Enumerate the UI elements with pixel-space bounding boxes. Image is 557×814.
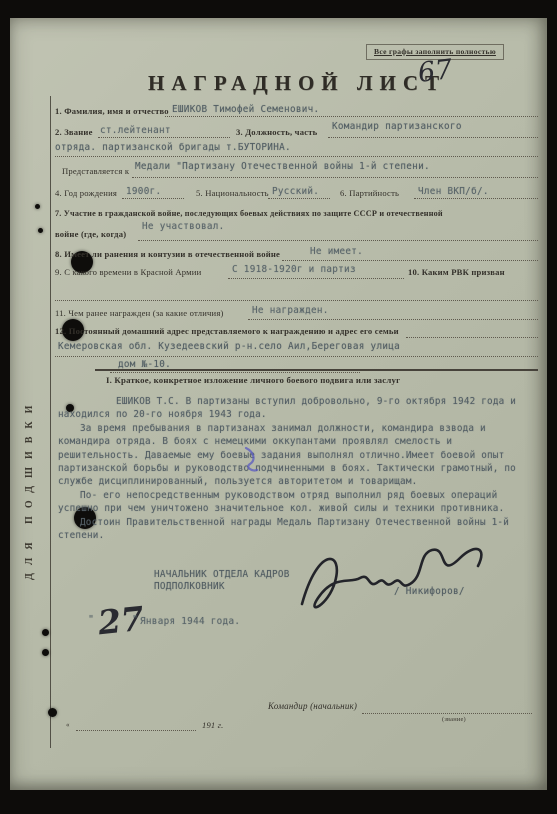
page-number-handwritten: 67 [416,54,454,89]
field4-label: 4. Год рождения [55,188,117,198]
field7-value: Не участвовал. [142,221,225,232]
document-title: НАГРАДНОЙ ЛИСТ [148,71,446,96]
fill-line [98,136,230,138]
field1-value: ЕШИКОВ Тимофей Семенович. [172,104,319,115]
fill-line [362,712,532,714]
fill-line [165,115,538,117]
fill-line [138,239,538,241]
fill-line [228,277,404,279]
punch-hole [48,708,57,717]
field12-label: 12. Постоянный домашний адрес представля… [55,326,399,336]
field3-value-line1: Командир партизанского [332,121,462,132]
signer-position-line2: ПОДПОЛКОВНИК [154,581,225,592]
section1-heading: I. Краткое, конкретное изложение личного… [106,375,400,385]
fill-line [268,197,330,199]
citation-body: ЕШИКОВ Т.С. В партизаны вступил добровол… [58,395,536,542]
fill-line [282,259,538,261]
fill-line [122,197,184,199]
field4-value: 1900г. [126,186,161,197]
field1-label: 1. Фамилия, имя и отчество [55,106,169,116]
field5-value: Русский. [272,186,319,197]
fill-line [55,155,538,157]
date-day-handwritten: 27 [96,599,146,643]
rank-hint: (звание) [442,716,466,723]
filing-margin-line [50,96,51,748]
field5-label: 5. Национальность [196,188,269,198]
fill-line [76,729,196,731]
fill-line [414,197,538,199]
filing-margin-note: ДЛЯ ПОДШИВКИ [24,398,35,580]
field7-label-line2: войне (где, когда) [55,229,126,239]
fill-line [406,336,538,338]
field7-label-line1: 7. Участие в гражданской войне, последую… [55,209,443,218]
commander-label: Командир (начальник) [268,701,357,711]
field8-value: Не имеет. [310,246,363,257]
ink-speck [35,204,40,209]
presented-for-value: Медали "Партизану Отечественной войны 1-… [135,161,430,172]
field9-label: 9. С какого времени в Красной Армии [55,267,201,277]
citation-paragraph: ЕШИКОВ Т.С. В партизаны вступил добровол… [58,395,536,422]
year-blank: 191 г. [202,720,223,730]
punch-hole [42,649,49,656]
document-paper: ДЛЯ ПОДШИВКИ Все графы заполнить полност… [10,18,547,790]
signer-name: / Никифоров/ [394,586,465,597]
signer-position-line1: НАЧАЛЬНИК ОТДЕЛА КАДРОВ [154,569,290,580]
fill-line [55,355,538,357]
ink-speck [38,228,43,233]
citation-paragraph: По- его непосредственным руководством от… [58,489,536,516]
signature-ink [288,538,503,620]
date-close-quote: " [132,614,138,625]
field2-value: ст.лейтенант [100,125,171,136]
presented-for-label: Представляется к [62,166,129,176]
field9-value: С 1918-1920г и партиз [232,264,356,275]
fill-line [55,299,538,301]
scanned-award-document: { "banner": { "text": "Все графы заполни… [0,0,557,814]
section-divider [95,369,538,371]
fill-line [328,136,538,138]
punch-hole [42,629,49,636]
field11-label: 11. Чем ранее награжден (за какие отличи… [55,308,224,318]
field12-value-line1: Кемеровская обл. Кузедеевский р-н.село А… [58,341,400,352]
fill-line [132,176,538,178]
field6-value: Член ВКП/б/. [418,186,489,197]
field8-label: 8. Имеет ли ранения и контузии в отечест… [55,249,280,259]
field10-label: 10. Каким РВК призван [408,267,505,277]
field3-value-line2: отряда. партизанской бригады т.БУТОРИНА. [55,142,291,153]
blue-ink-mark [240,446,262,476]
field11-value: Не награжден. [252,305,329,316]
field6-label: 6. Партийность [340,188,399,198]
field2-label: 2. Звание [55,127,93,137]
field3-label: 3. Должность, часть [236,127,317,137]
date-open-quote: " [88,614,94,625]
citation-paragraph: За время пребывания в партизанах занимал… [58,422,536,489]
fill-line [248,318,538,320]
fill-line [110,371,360,373]
date-rest: Января 1944 года. [140,616,240,627]
